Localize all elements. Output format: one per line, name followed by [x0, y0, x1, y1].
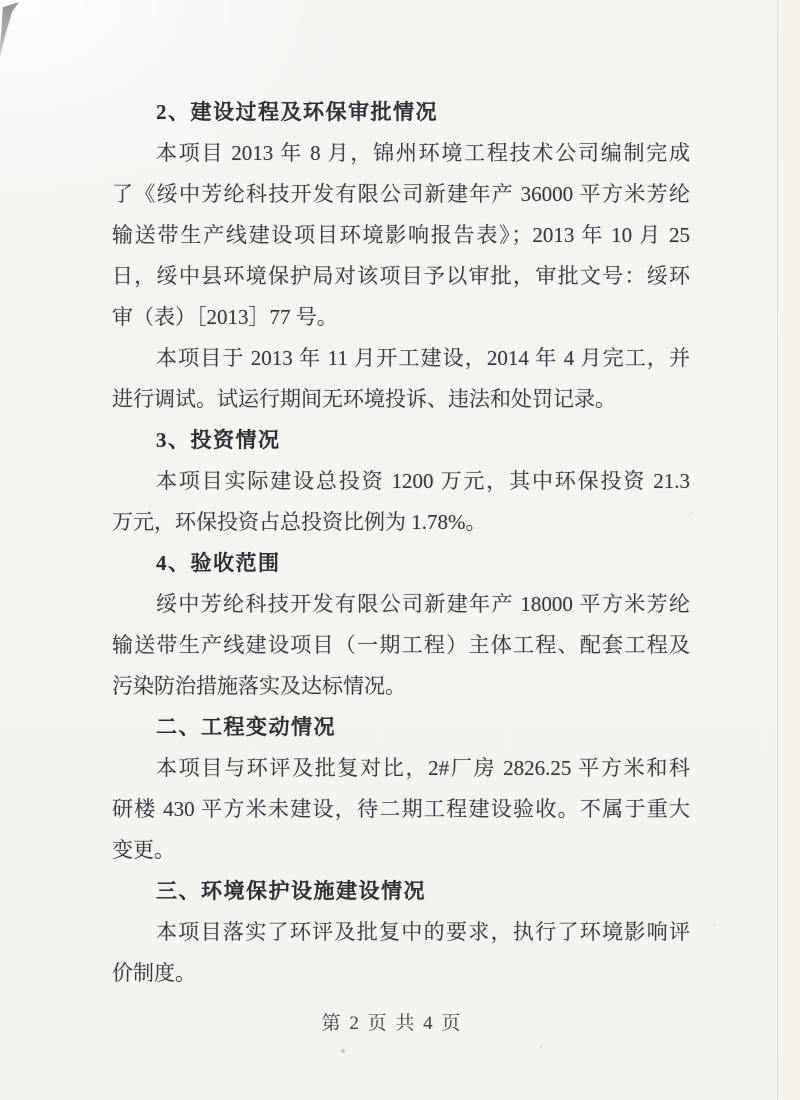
text-line: 研楼 430 平方米未建设，待二期工程建设验收。不属于重大 — [112, 789, 690, 830]
text-line: 价制度。 — [112, 953, 690, 994]
scanned-document-page: 2、建设过程及环保审批情况 本项目 2013 年 8 月，锦州环境工程技术公司编… — [0, 0, 800, 1100]
text-line: 输送带生产线建设项目环境影响报告表》；2013 年 10 月 25 — [112, 215, 690, 256]
text-line: 本项目于 2013 年 11 月开工建设，2014 年 4 月完工，并 — [112, 338, 690, 379]
text-line: 变更。 — [112, 830, 690, 871]
text-line: 本项目 2013 年 8 月，锦州环境工程技术公司编制完成 — [112, 133, 690, 174]
text-line: 万元，环保投资占总投资比例为 1.78%。 — [112, 502, 690, 543]
text-line: 本项目实际建设总投资 1200 万元，其中环保投资 21.3 — [112, 461, 690, 502]
text-line: 输送带生产线建设项目（一期工程）主体工程、配套工程及 — [112, 625, 690, 666]
section-heading: 3、投资情况 — [112, 420, 690, 461]
text-line: 绥中芳纶科技开发有限公司新建年产 18000 平方米芳纶 — [112, 584, 690, 625]
text-line: 污染防治措施落实及达标情况。 — [112, 666, 690, 707]
section-heading: 4、验收范围 — [112, 543, 690, 584]
section-heading: 2、建设过程及环保审批情况 — [112, 92, 690, 133]
page-number-footer: 第 2 页 共 4 页 — [0, 1008, 784, 1035]
document-body: 2、建设过程及环保审批情况 本项目 2013 年 8 月，锦州环境工程技术公司编… — [112, 92, 690, 994]
section-heading: 二、工程变动情况 — [112, 707, 690, 748]
text-line: 进行调试。试运行期间无环境投诉、违法和处罚记录。 — [112, 379, 690, 420]
text-line: 审（表）［2013］77 号。 — [112, 297, 690, 338]
section-heading: 三、环境保护设施建设情况 — [112, 871, 690, 912]
scan-corner-artifact — [0, 2, 22, 66]
scan-right-edge-tint — [778, 0, 800, 1100]
text-line: 日，绥中县环境保护局对该项目予以审批，审批文号：绥环 — [112, 256, 690, 297]
scan-right-edge-line — [777, 0, 778, 1100]
text-line: 了《绥中芳纶科技开发有限公司新建年产 36000 平方米芳纶 — [112, 174, 690, 215]
scan-noise-specks — [0, 0, 2, 2]
text-line: 本项目落实了环评及批复中的要求，执行了环境影响评 — [112, 912, 690, 953]
text-line: 本项目与环评及批复对比，2#厂房 2826.25 平方米和科 — [112, 748, 690, 789]
